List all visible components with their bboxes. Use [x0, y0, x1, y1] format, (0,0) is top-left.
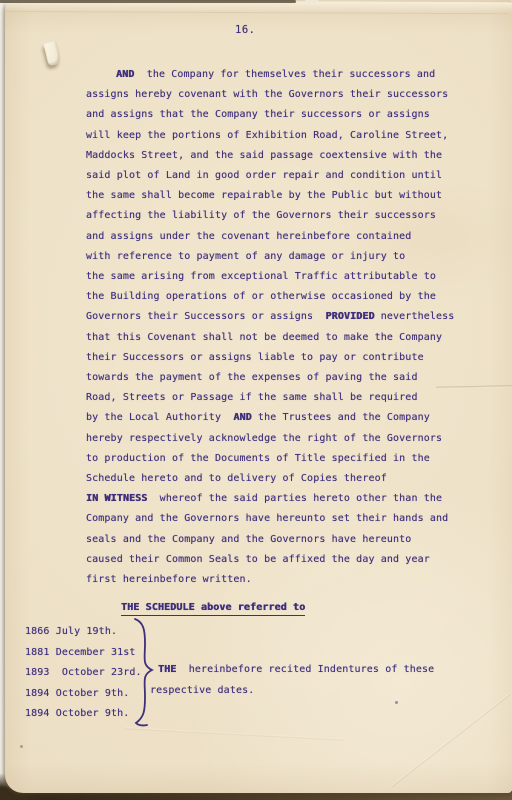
text-run: Maddocks Street, and the said passage co…	[86, 150, 442, 161]
text-run: Road, Streets or Passage if the same sha…	[86, 392, 418, 403]
text-run: assigns hereby covenant with the Governo…	[86, 89, 448, 100]
text-line: their Successors or assigns liable to pa…	[86, 348, 454, 368]
text-line: and assigns under the covenant hereinbef…	[86, 227, 454, 247]
text-run: the Building operations of or otherwise …	[86, 291, 436, 302]
text-line: by the Local Authority AND the Trustees …	[86, 408, 454, 428]
paper-sheet: 16. AND the Company for themselves their…	[5, 0, 512, 793]
text-run: 1866 July 19th.	[25, 626, 117, 637]
schedule-date: 1894 October 9th.	[25, 684, 142, 705]
text-run: towards the payment of the expenses of p…	[86, 372, 418, 383]
schedule-date: 1893 October 23rd.	[25, 663, 142, 684]
text-line: said plot of Land in good order repair a…	[86, 166, 454, 186]
schedule-date: 1866 July 19th.	[25, 622, 142, 643]
paper-tear-chip	[43, 41, 61, 66]
schedule-date: 1881 December 31st	[25, 643, 142, 664]
text-line: first hereinbefore written.	[86, 570, 454, 590]
text-run: the Trustees and the Company	[252, 412, 430, 423]
text-run: the same shall become repairable by the …	[86, 190, 442, 201]
scanned-document-page: 16. AND the Company for themselves their…	[0, 0, 512, 800]
text-run: will keep the portions of Exhibition Roa…	[86, 130, 448, 141]
text-run: their Successors or assigns liable to pa…	[86, 352, 424, 363]
text-run: nevertheless	[375, 311, 455, 322]
ink-speck	[395, 701, 398, 704]
scan-edge-top	[0, 0, 296, 3]
dust-speck	[20, 745, 23, 748]
text-run: the same arising from exceptional Traffi…	[86, 271, 436, 282]
text-line: Schedule hereto and to delivery of Copie…	[86, 469, 454, 489]
curly-brace-icon	[128, 617, 162, 729]
emphasized-word: THE	[158, 664, 176, 675]
text-run: 1894 October 9th.	[25, 688, 129, 699]
text-line: affecting the liability of the Governors…	[86, 206, 454, 226]
fold-crease-bottom-right	[391, 693, 510, 787]
text-line: the Building operations of or otherwise …	[86, 287, 454, 307]
text-line: Maddocks Street, and the said passage co…	[86, 146, 454, 166]
emphasized-word: AND	[116, 69, 134, 80]
emphasized-word: IN WITNESS	[86, 493, 147, 504]
text-line: the same shall become repairable by the …	[86, 186, 454, 206]
text-run: 1881 December 31st	[25, 647, 136, 658]
text-run: first hereinbefore written.	[86, 574, 252, 585]
text-run: to production of the Documents of Title …	[86, 453, 430, 464]
text-line: and assigns that the Company their succe…	[86, 105, 454, 125]
schedule-note-line2: respective dates.	[150, 685, 254, 696]
text-run: said plot of Land in good order repair a…	[86, 170, 442, 181]
text-run: 1894 October 9th.	[25, 708, 129, 719]
text-line: seals and the Company and the Governors …	[86, 530, 454, 550]
text-run: Company and the Governors have hereunto …	[86, 513, 448, 524]
text-run: 1893 October 23rd.	[25, 667, 142, 678]
text-line: assigns hereby covenant with the Governo…	[86, 85, 454, 105]
text-run: whereof the said parties hereto other th…	[147, 493, 442, 504]
text-line: Company and the Governors have hereunto …	[86, 509, 454, 529]
text-run: hereby respectively acknowledge the righ…	[86, 433, 442, 444]
schedule-date-list: 1866 July 19th.1881 December 31st1893 Oc…	[25, 622, 142, 725]
text-run: Schedule hereto and to delivery of Copie…	[86, 473, 387, 484]
text-line: hereby respectively acknowledge the righ…	[86, 429, 454, 449]
page-number: 16.	[235, 24, 255, 36]
text-run: by the Local Authority	[86, 412, 233, 423]
text-run: and assigns that the Company their succe…	[86, 109, 430, 120]
emphasized-word: AND	[233, 412, 251, 423]
schedule-date: 1894 October 9th.	[25, 704, 142, 725]
text-line: Governors their Successors or assigns PR…	[86, 307, 454, 327]
text-run: Governors their Successors or assigns	[86, 311, 325, 322]
text-line: Road, Streets or Passage if the same sha…	[86, 388, 454, 408]
text-run: seals and the Company and the Governors …	[86, 534, 411, 545]
text-run: the Company for themselves their success…	[134, 69, 435, 80]
text-run: and assigns under the covenant hereinbef…	[86, 231, 411, 242]
text-line: with reference to payment of any damage …	[86, 247, 454, 267]
text-line: IN WITNESS whereof the said parties here…	[86, 489, 454, 509]
text-line: towards the payment of the expenses of p…	[86, 368, 454, 388]
text-run: that this Covenant shall not be deemed t…	[86, 332, 442, 343]
schedule-note-line1: THE hereinbefore recited Indentures of t…	[158, 664, 434, 675]
text-line: caused their Common Seals to be affixed …	[86, 550, 454, 570]
text-line: AND the Company for themselves their suc…	[86, 65, 454, 85]
text-line: will keep the portions of Exhibition Roa…	[86, 126, 454, 146]
fold-crease-bottom	[125, 727, 345, 741]
deed-body-text: AND the Company for themselves their suc…	[86, 65, 454, 590]
schedule-heading-text: THE SCHEDULE above referred to	[121, 602, 305, 616]
schedule-heading: THE SCHEDULE above referred to	[121, 602, 305, 616]
emphasized-word: PROVIDED	[325, 311, 374, 322]
text-line: that this Covenant shall not be deemed t…	[86, 328, 454, 348]
text-run: hereinbefore recited Indentures of these	[176, 664, 434, 675]
text-run: affecting the liability of the Governors…	[86, 210, 436, 221]
text-line: to production of the Documents of Title …	[86, 449, 454, 469]
text-run: caused their Common Seals to be affixed …	[86, 554, 430, 565]
text-run: with reference to payment of any damage …	[86, 251, 405, 262]
text-line: the same arising from exceptional Traffi…	[86, 267, 454, 287]
